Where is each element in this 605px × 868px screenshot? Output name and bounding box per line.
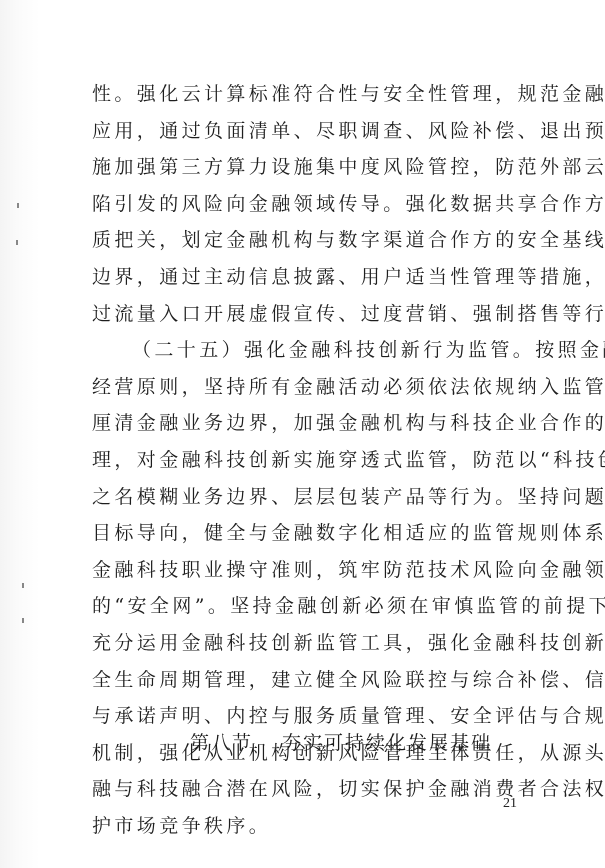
section-heading: 第八节 夯实可持续化发展基础 xyxy=(190,728,492,755)
scan-artifact-mark xyxy=(16,240,18,245)
text-line: 边界，通过主动信息披露、用户适当性管理等措施，防范通 xyxy=(92,259,524,296)
text-line: 性。强化云计算标准符合性与安全性管理，规范金融团体云 xyxy=(92,76,524,113)
scan-artifact-mark xyxy=(17,203,19,208)
text-line: 应用，通过负面清单、尽职调查、风险补偿、退出预案等措 xyxy=(92,113,524,150)
scan-artifact-mark xyxy=(22,583,24,588)
text-line: 施加强第三方算力设施集中度风险管控，防范外部云服务缺 xyxy=(92,149,524,186)
text-line: 质把关，划定金融机构与数字渠道合作方的安全基线和责任 xyxy=(92,222,524,259)
text-line: 过流量入口开展虚假宣传、过度营销、强制搭售等行为。 xyxy=(92,296,524,333)
text-line: 之名模糊业务边界、层层包装产品等行为。坚持问题导向和 xyxy=(92,479,524,516)
text-line: 厘清金融业务边界，加强金融机构与科技企业合作的规范管 xyxy=(92,405,524,442)
text-line: 融与科技融合潜在风险，切实保护金融消费者合法权益、维 xyxy=(92,771,524,808)
text-line: 全生命周期管理，建立健全风险联控与综合补偿、信息披露 xyxy=(92,662,524,699)
paragraph-cloud-data-governance: 性。强化云计算标准符合性与安全性管理，规范金融团体云 应用，通过负面清单、尽职调… xyxy=(92,76,524,332)
page-number: 21 xyxy=(503,796,517,812)
document-page: 性。强化云计算标准符合性与安全性管理，规范金融团体云 应用，通过负面清单、尽职调… xyxy=(0,0,605,868)
scan-artifact-mark xyxy=(22,618,24,623)
text-line: 充分运用金融科技创新监管工具，强化金融科技创新行为的 xyxy=(92,625,524,662)
text-line: 金融科技职业操守准则，筑牢防范技术风险向金融领域传导 xyxy=(92,552,524,589)
text-line: 理，对金融科技创新实施穿透式监管，防范以“科技创新” xyxy=(92,442,524,479)
text-line: 的“安全网”。坚持金融创新必须在审慎监管的前提下进行， xyxy=(92,588,524,625)
text-line: 目标导向，健全与金融数字化相适应的监管规则体系，建立 xyxy=(92,515,524,552)
text-line: 护市场竞争秩序。 xyxy=(92,808,524,845)
text-line: 陷引发的风险向金融领域传导。强化数据共享合作方业务资 xyxy=(92,186,524,223)
text-line: 经营原则，坚持所有金融活动必须依法依规纳入监管，严格 xyxy=(92,369,524,406)
text-line: （二十五）强化金融科技创新行为监管。按照金融持牌 xyxy=(92,332,524,369)
paragraph-fintech-innovation-supervision: （二十五）强化金融科技创新行为监管。按照金融持牌 经营原则，坚持所有金融活动必须… xyxy=(92,332,524,844)
